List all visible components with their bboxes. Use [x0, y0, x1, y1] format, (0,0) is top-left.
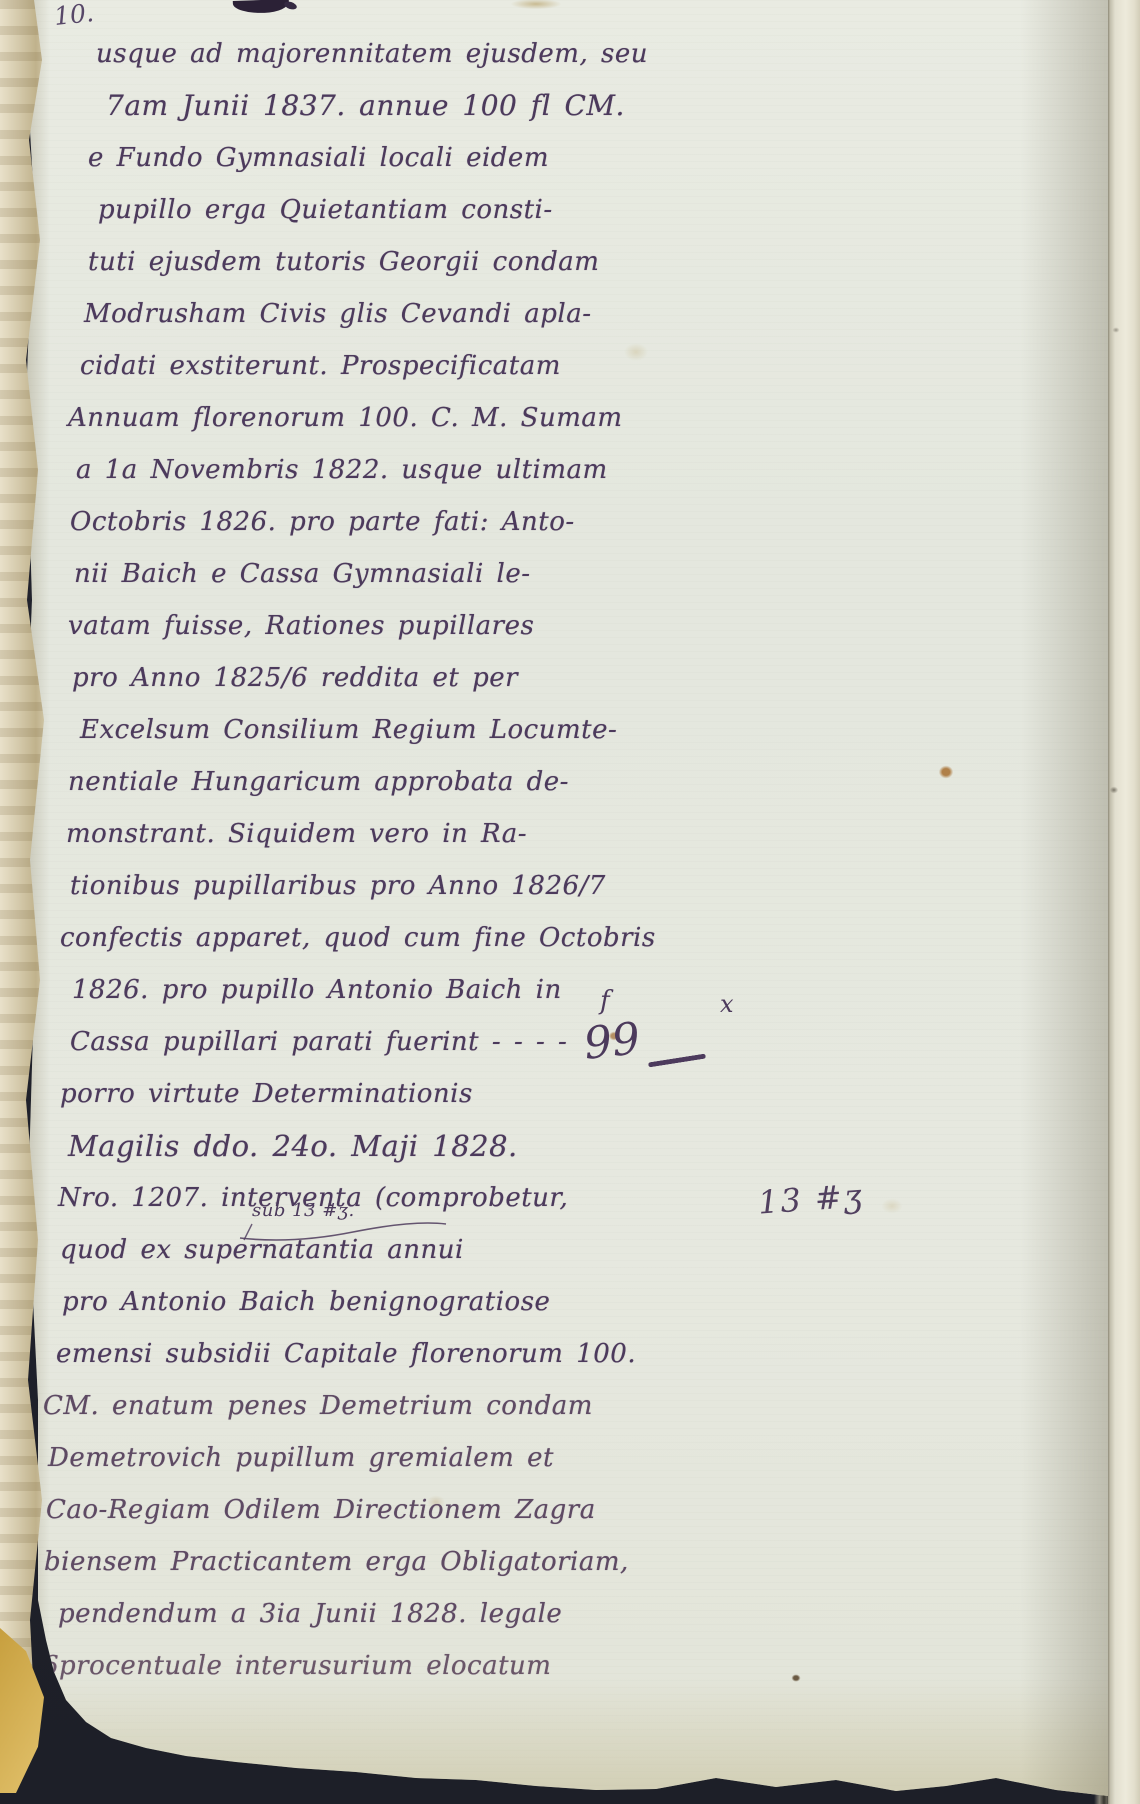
manuscript-line: 7am Junii 1837. annue 100 fl CM. [106, 80, 728, 132]
next-page-edge [1108, 0, 1140, 1804]
manuscript-line: Modrusham Civis glis Cevandi apla- [84, 288, 728, 340]
manuscript-line: 1826. pro pupillo Antonio Baich in [72, 964, 728, 1016]
manuscript-line: cidati exstiterunt. Prospecificatam [80, 340, 728, 392]
manuscript-page: usque ad majorennitatem ejusdem, seu 7am… [16, 0, 1108, 1804]
manuscript-line: Octobris 1826. pro parte fati: Anto- [70, 496, 728, 548]
manuscript-line: Excelsum Consilium Regium Locumte- [80, 704, 728, 756]
manuscript-line: e Fundo Gymnasiali locali eidem [88, 132, 728, 184]
manuscript-line: Annuam florenorum 100. C. M. Sumam [68, 392, 728, 444]
manuscript-line: pupillo erga Quietantiam consti- [98, 184, 728, 236]
manuscript-line: Demetrovich pupillum gremialem et [48, 1432, 728, 1484]
manuscript-line: usque ad majorennitatem ejusdem, seu [96, 28, 728, 80]
manuscript-line: biensem Practicantem erga Obligatoriam, [44, 1536, 728, 1588]
interlinear-insertion: sub 13 #ʒ. [252, 1200, 355, 1221]
manuscript-line: tionibus pupillaribus pro Anno 1826/7 [70, 860, 728, 912]
manuscript-line: Magilis ddo. 24o. Maji 1828. [68, 1120, 728, 1172]
insertion-caret-swoosh [238, 1222, 448, 1242]
manuscript-line: Nro. 1207. interventa (comprobetur, [58, 1172, 728, 1224]
florin-amount: 99 [581, 1013, 642, 1070]
manuscript-line: pendendum a 3ia Junii 1828. legale [58, 1588, 728, 1640]
manuscript-line: confectis apparet, quod cum fine Octobri… [60, 912, 728, 964]
kreuzer-currency-mark: x [720, 990, 734, 1018]
manuscript-line: nentiale Hungaricum approbata de- [68, 756, 728, 808]
manuscript-line: Cao-Regiam Odilem Directionem Zagra [46, 1484, 728, 1536]
page-number: 10. [53, 0, 96, 31]
florin-currency-mark: f [600, 986, 610, 1016]
manuscript-line: tuti ejusdem tutoris Georgii condam [88, 236, 728, 288]
manuscript-line: porro virtute Determinationis [60, 1068, 728, 1120]
manuscript-line: emensi subsidii Capitale florenorum 100. [56, 1328, 728, 1380]
manuscript-line: 6procentuale interusurium elocatum [42, 1640, 728, 1692]
archival-photo-background: usque ad majorennitatem ejusdem, seu 7am… [0, 0, 1140, 1804]
manuscript-line: a 1a Novembris 1822. usque ultimam [76, 444, 728, 496]
manuscript-line: vatam fuisse, Rationes pupillares [68, 600, 728, 652]
manuscript-line: CM. enatum penes Demetrium condam [43, 1380, 728, 1432]
margin-allegate-annotation: 13 #ʒ [757, 1176, 865, 1221]
manuscript-line: pro Antonio Baich benignogratiose [62, 1276, 728, 1328]
manuscript-line: nii Baich e Cassa Gymnasiali le- [74, 548, 728, 600]
manuscript-line: monstrant. Siquidem vero in Ra- [66, 808, 728, 860]
manuscript-line: pro Anno 1825/6 reddita et per [72, 652, 728, 704]
manuscript-text-block: usque ad majorennitatem ejusdem, seu 7am… [88, 28, 728, 1692]
